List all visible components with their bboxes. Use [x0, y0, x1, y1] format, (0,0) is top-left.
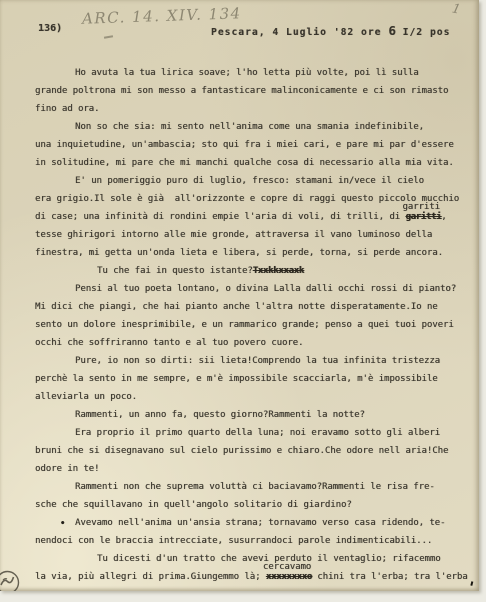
letter-line: di case; una infinità di rondini empie l…	[35, 208, 473, 226]
letter-line: odore in te!	[35, 460, 473, 478]
dateline-hour: 6	[388, 23, 396, 38]
letter-line: sche che squillavano in quell'angolo sol…	[35, 496, 473, 514]
interline-correction: cercavamo	[263, 563, 311, 572]
letter-line: tesse ghirigori intorno alle mie gronde,…	[35, 226, 473, 244]
dateline-place-date: Pescara, 4 Luglio '82 ore	[211, 27, 388, 38]
page-number: 136)	[38, 23, 62, 34]
letter-line: Mi dici che piangi, che hai pianto anche…	[35, 298, 473, 316]
letter-line: grande poltrona mi son messo a fantastic…	[35, 82, 473, 100]
dateline: Pescara, 4 Luglio '82 ore 6 I/2 pos	[211, 23, 450, 38]
struck-text: garitti	[405, 212, 441, 222]
letter-line: una inquietudine, un'ambascia; sto qui f…	[35, 136, 473, 154]
letter-line: perchè la sento in me sempre, e m'è impo…	[35, 370, 473, 388]
letter-line: E' un pomeriggio puro di luglio, fresco:…	[35, 172, 473, 190]
line-text: Tu che fai in questo istante?	[97, 266, 253, 276]
letter-line: sento un dolore inesprimibile, e un ramm…	[35, 316, 473, 334]
typed-correction: xxxxxxxxocercavamo	[266, 572, 312, 582]
letter-line: occhi che soffriranno tanto e al tuo pov…	[35, 334, 473, 352]
letter-line: Rammenti, un anno fa, questo giorno?Ramm…	[35, 406, 473, 424]
letter-line: Rammenti non che suprema voluttà ci baci…	[35, 478, 473, 496]
letter-body: Ho avuta la tua lirica soave; l'ho letta…	[35, 64, 473, 586]
scan-backdrop: { "page": { "corner_mark": "1", "archive…	[0, 0, 486, 602]
typed-correction: garittigarriti	[405, 212, 441, 222]
archive-stamp-icon	[0, 569, 21, 591]
letter-line: in solitudine, mi pare che mi manchi qua…	[35, 154, 473, 172]
struck-text: Txxkkxxaxk	[253, 266, 304, 276]
letter-page: ARC. 14. XIV. 134 1 136) Pescara, 4 Lugl…	[0, 0, 479, 591]
letter-line: fino ad ora.	[35, 100, 473, 118]
letter-line: bruni che si disegnavano sul cielo puris…	[35, 442, 473, 460]
letter-line: alleviarla un poco.	[35, 388, 473, 406]
line-text: chini tra l'erba; tra l'erba	[312, 572, 468, 582]
line-text: di case; una infinità di rondini empie l…	[35, 212, 405, 222]
struck-text: xxxxxxxxo	[266, 572, 312, 582]
letter-line: Non so che sia: mi sento nell'anima come…	[35, 118, 473, 136]
interline-correction: garriti	[402, 203, 440, 212]
letter-line: Tu che fai in questo istante?Txxkkxxaxk	[35, 262, 473, 280]
line-text: la via, più allegri di prima.Giungemmo l…	[35, 572, 266, 582]
pencil-tick-mark	[104, 35, 113, 39]
letter-line: Pure, io non so dirti: sii lieta!Compren…	[35, 352, 473, 370]
letter-line: finestra, mi getta un'onda lieta e liber…	[35, 244, 473, 262]
letter-line: la via, più allegri di prima.Giungemmo l…	[35, 568, 473, 586]
margin-dot: •	[60, 519, 65, 529]
dateline-suffix: I/2 pos	[396, 27, 451, 38]
letter-line: Ho avuta la tua lirica soave; l'ho letta…	[35, 64, 473, 82]
line-text: ,	[441, 212, 446, 222]
letter-line: nendoci con le braccia intrecciate, susu…	[35, 532, 473, 550]
letter-line: Avevamo nell'anima un'ansia strana; torn…	[35, 514, 473, 532]
letter-line: Tu dicesti d'un tratto che avevi perduto…	[35, 550, 473, 568]
letter-line: Pensi al tuo poeta lontano, o divina Lal…	[35, 280, 473, 298]
typed-correction: Txxkkxxaxk	[253, 266, 304, 276]
letter-line: Era proprio il primo quarto della luna; …	[35, 424, 473, 442]
corner-page-mark: 1	[451, 1, 462, 17]
